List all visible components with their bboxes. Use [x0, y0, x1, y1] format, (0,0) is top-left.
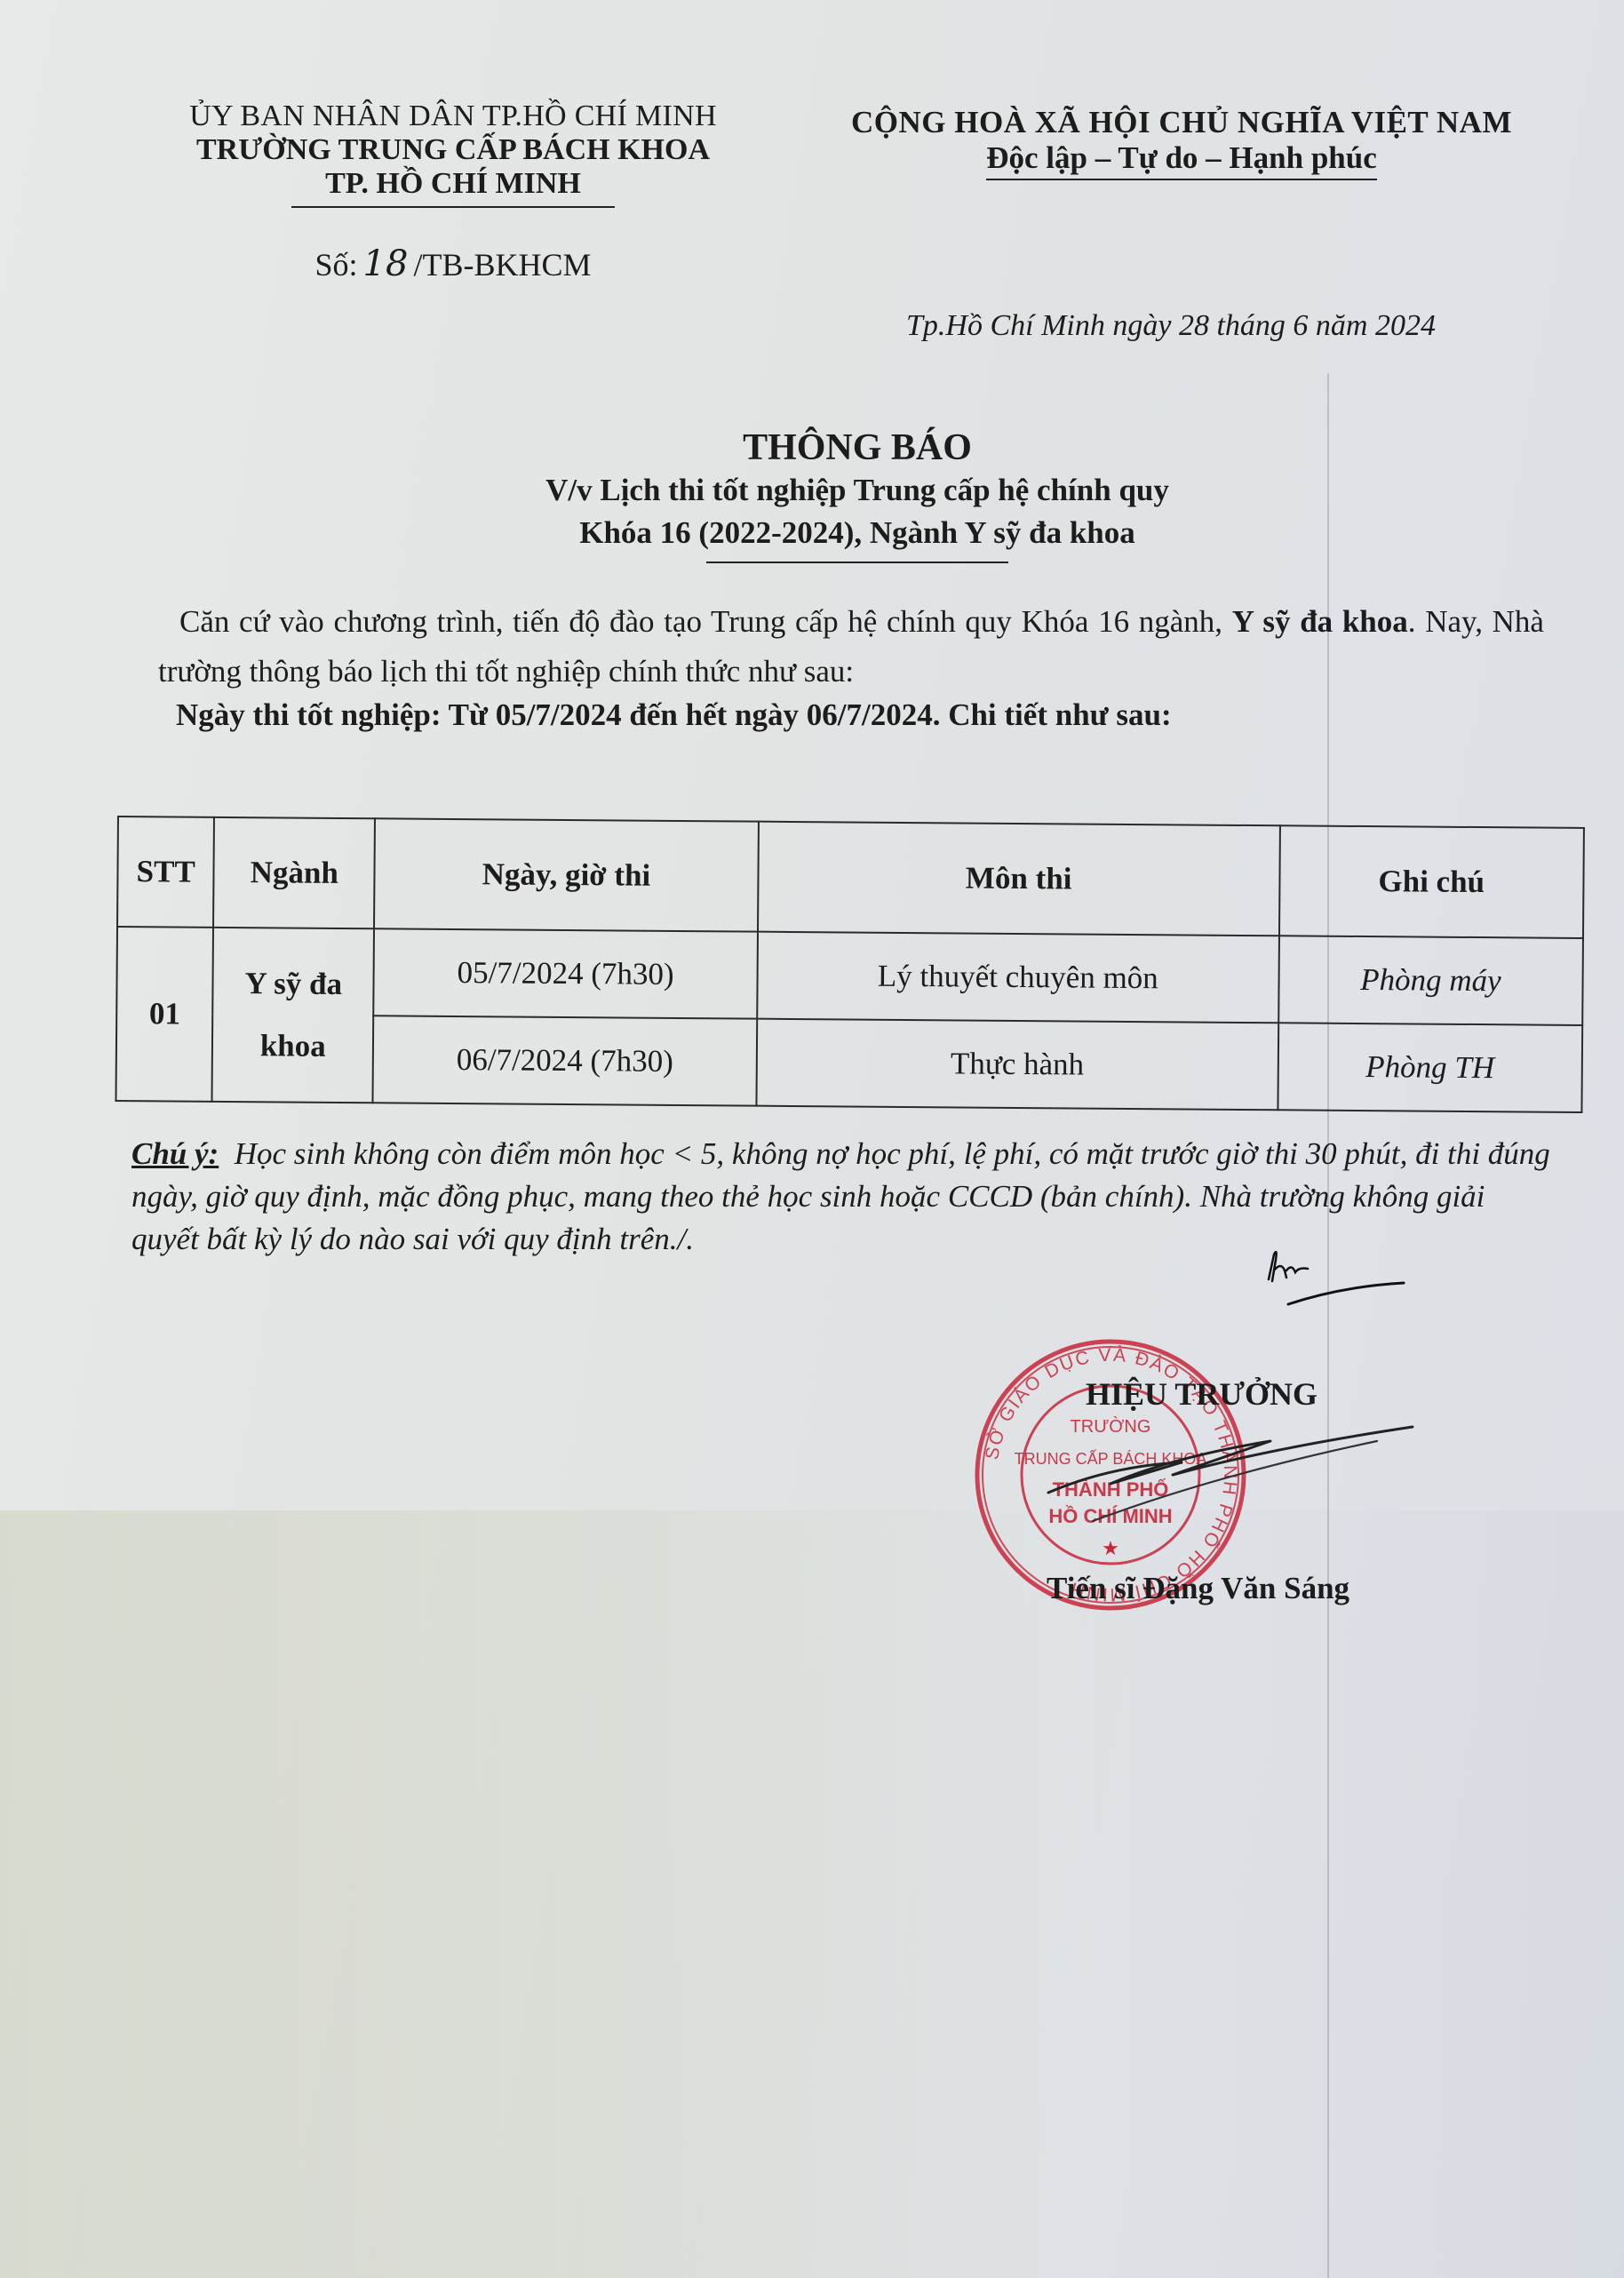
col-header-subject: Môn thi [758, 822, 1280, 936]
notice-heading: THÔNG BÁO [400, 426, 1315, 469]
header-underline [291, 206, 615, 208]
doc-number-label: Số: [315, 247, 358, 283]
col-header-stt: STT [117, 816, 214, 928]
note-label: Chú ý: [131, 1136, 219, 1171]
notice-subject-line1: V/v Lịch thi tốt nghiệp Trung cấp hệ chí… [400, 469, 1315, 512]
attention-note: Chú ý: Học sinh không còn điểm môn học <… [131, 1133, 1553, 1261]
signer-name: Tiến sĩ Đặng Văn Sáng [1047, 1571, 1349, 1606]
cell-datetime: 06/7/2024 (7h30) [373, 1016, 757, 1105]
exam-schedule-table: STT Ngành Ngày, giờ thi Môn thi Ghi chú … [115, 816, 1584, 1113]
document-number: Số:18/TB-BKHCM [133, 243, 773, 284]
exam-date-range: Ngày thi tốt nghiệp: Từ 05/7/2024 đến hế… [176, 697, 1172, 733]
intro-text-1: Căn cứ vào chương trình, tiến độ đào tạo… [158, 604, 1232, 639]
title-underline [706, 562, 1008, 563]
star-icon: ★ [1102, 1537, 1119, 1559]
notice-subject-line2: Khóa 16 (2022-2024), Ngành Y sỹ đa khoa [400, 512, 1315, 554]
authority-name: ỦY BAN NHÂN DÂN TP.HỒ CHÍ MINH [133, 100, 773, 133]
issuer-header: ỦY BAN NHÂN DÂN TP.HỒ CHÍ MINH TRƯỜNG TR… [133, 100, 773, 284]
intro-major: Y sỹ đa khoa [1232, 604, 1408, 639]
national-header: CỘNG HOÀ XÃ HỘI CHỦ NGHĨA VIỆT NAM Độc l… [808, 105, 1555, 180]
principal-signature-icon [1039, 1422, 1421, 1528]
school-name-line2: TP. HỒ CHÍ MINH [133, 167, 773, 201]
school-name-line1: TRƯỜNG TRUNG CẤP BÁCH KHOA [133, 133, 773, 167]
country-name: CỘNG HOÀ XÃ HỘI CHỦ NGHĨA VIỆT NAM [808, 105, 1555, 140]
col-header-datetime: Ngày, giờ thi [374, 818, 759, 931]
cell-datetime: 05/7/2024 (7h30) [373, 928, 757, 1018]
place-date: Tp.Hồ Chí Minh ngày 28 tháng 6 năm 2024 [906, 309, 1436, 343]
cell-subject: Lý thuyết chuyên môn [757, 932, 1279, 1024]
signer-title: HIỆU TRƯỞNG [1086, 1375, 1318, 1413]
doc-number-handwritten: 18 [363, 243, 409, 284]
col-header-major: Ngành [213, 817, 375, 928]
table-header-row: STT Ngành Ngày, giờ thi Môn thi Ghi chú [117, 816, 1584, 938]
notice-title: THÔNG BÁO V/v Lịch thi tốt nghiệp Trung … [400, 426, 1315, 563]
national-motto: Độc lập – Tự do – Hạnh phúc [986, 140, 1377, 180]
cell-major: Y sỹ đa khoa [212, 928, 374, 1103]
table-row: 01 Y sỹ đa khoa 05/7/2024 (7h30) Lý thuy… [116, 927, 1583, 1025]
cell-subject: Thực hành [756, 1019, 1278, 1111]
doc-number-suffix: /TB-BKHCM [413, 247, 591, 283]
cell-stt: 01 [115, 927, 213, 1102]
initials-signature-icon [1262, 1244, 1413, 1315]
note-text: Học sinh không còn điểm môn học < 5, khô… [131, 1136, 1550, 1256]
intro-paragraph: Căn cứ vào chương trình, tiến độ đào tạo… [158, 597, 1544, 697]
col-header-note: Ghi chú [1279, 825, 1584, 938]
lighting-shade [0, 1510, 1624, 2278]
cell-note: Phòng TH [1278, 1023, 1582, 1112]
cell-note: Phòng máy [1278, 936, 1583, 1025]
